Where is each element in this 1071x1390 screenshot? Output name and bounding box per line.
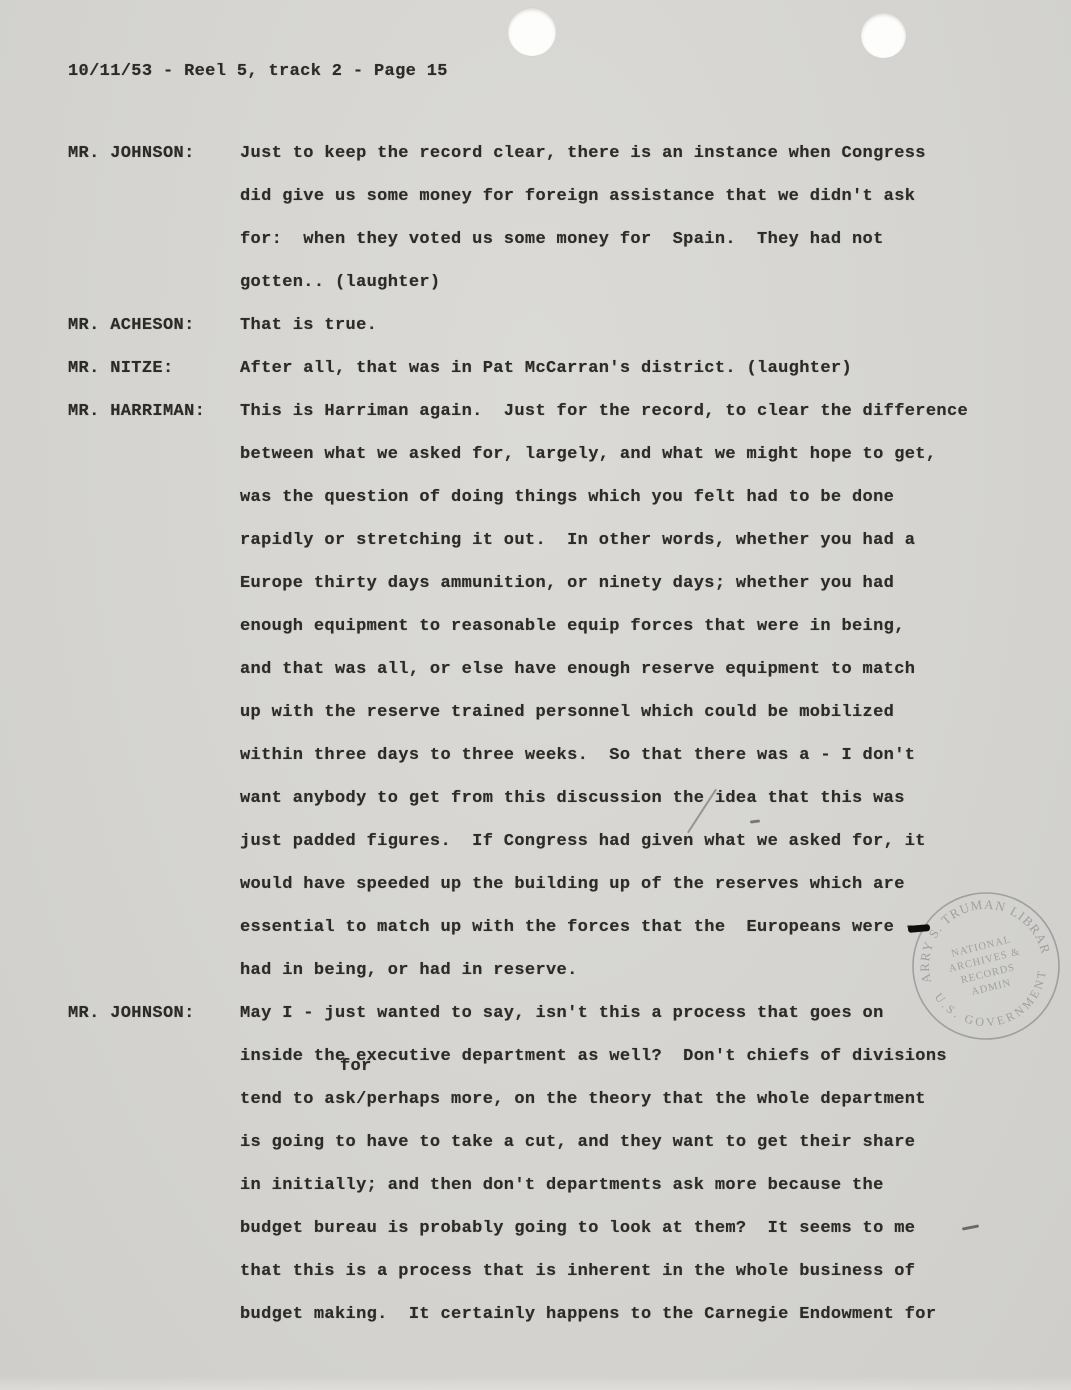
transcript-line: This is Harriman again. Just for the rec…: [240, 390, 1010, 433]
transcript-line: gotten.. (laughter): [240, 261, 1010, 304]
transcript-line: is going to have to take a cut, and they…: [240, 1121, 1010, 1164]
transcript-line: and that was all, or else have enough re…: [240, 648, 1010, 691]
transcript-line: Europe thirty days ammunition, or ninety…: [240, 562, 1010, 605]
transcript-line: rapidly or stretching it out. In other w…: [240, 519, 1010, 562]
transcript-line: would have speeded up the building up of…: [240, 863, 1010, 906]
transcript-line: want anybody to get from this discussion…: [240, 777, 1010, 820]
speech-lines: That is true.: [240, 304, 1010, 347]
punch-hole-right: [861, 13, 906, 58]
transcript-line: did give us some money for foreign assis…: [240, 175, 1010, 218]
transcript-line: May I - just wanted to say, isn't this a…: [240, 992, 1010, 1035]
transcript-line: within three days to three weeks. So tha…: [240, 734, 1010, 777]
transcript-line: was the question of doing things which y…: [240, 476, 1010, 519]
transcript-line: essential to match up with the forces th…: [240, 906, 1010, 949]
speech-block-acheson: MR. ACHESON: That is true.: [68, 304, 1010, 347]
transcript-line: budget bureau is probably going to look …: [240, 1207, 1010, 1250]
speaker-label: MR. HARRIMAN:: [68, 390, 240, 433]
transcript-line: that this is a process that is inherent …: [240, 1250, 1010, 1293]
speaker-label: MR. ACHESON:: [68, 304, 240, 347]
archives-stamp: HARRY S. TRUMAN LIBRARY U.S. GOVERNMENT …: [902, 882, 1070, 1050]
transcript-line: tend to ask/perhaps more, on the theory …: [240, 1078, 1010, 1121]
transcript: MR. JOHNSON: Just to keep the record cle…: [68, 132, 1010, 1336]
transcript-line: up with the reserve trained personnel wh…: [240, 691, 1010, 734]
archives-stamp-graphic: HARRY S. TRUMAN LIBRARY U.S. GOVERNMENT …: [902, 882, 1070, 1050]
speech-lines: Just to keep the record clear, there is …: [240, 132, 1010, 304]
transcript-line: in initially; and then don't departments…: [240, 1164, 1010, 1207]
transcript-line: enough equipment to reasonable equip for…: [240, 605, 1010, 648]
transcript-line: budget making. It certainly happens to t…: [240, 1293, 1010, 1336]
page-header: 10/11/53 - Reel 5, track 2 - Page 15: [68, 62, 448, 81]
document-page: 10/11/53 - Reel 5, track 2 - Page 15 MR.…: [0, 0, 1071, 1390]
speech-lines: for May I - just wanted to say, isn't th…: [240, 992, 1010, 1336]
transcript-line: Just to keep the record clear, there is …: [240, 132, 1010, 175]
speaker-label: MR. NITZE:: [68, 347, 240, 390]
typed-insertion: for: [340, 1057, 372, 1076]
speech-block-johnson-2: MR. JOHNSON: for May I - just wanted to …: [68, 992, 1010, 1336]
transcript-line: After all, that was in Pat McCarran's di…: [240, 347, 1010, 390]
speech-lines: After all, that was in Pat McCarran's di…: [240, 347, 1010, 390]
transcript-line: for: when they voted us some money for S…: [240, 218, 1010, 261]
speech-lines: This is Harriman again. Just for the rec…: [240, 390, 1010, 992]
speaker-label: MR. JOHNSON:: [68, 132, 240, 175]
speaker-label: MR. JOHNSON:: [68, 992, 240, 1035]
punch-hole-left: [508, 8, 556, 56]
speech-block-nitze: MR. NITZE: After all, that was in Pat Mc…: [68, 347, 1010, 390]
speech-block-harriman: MR. HARRIMAN: This is Harriman again. Ju…: [68, 390, 1010, 992]
transcript-line: between what we asked for, largely, and …: [240, 433, 1010, 476]
transcript-line: had in being, or had in reserve.: [240, 949, 1010, 992]
speech-block-johnson-1: MR. JOHNSON: Just to keep the record cle…: [68, 132, 1010, 304]
transcript-line: just padded figures. If Congress had giv…: [240, 820, 1010, 863]
transcript-line: That is true.: [240, 304, 1010, 347]
